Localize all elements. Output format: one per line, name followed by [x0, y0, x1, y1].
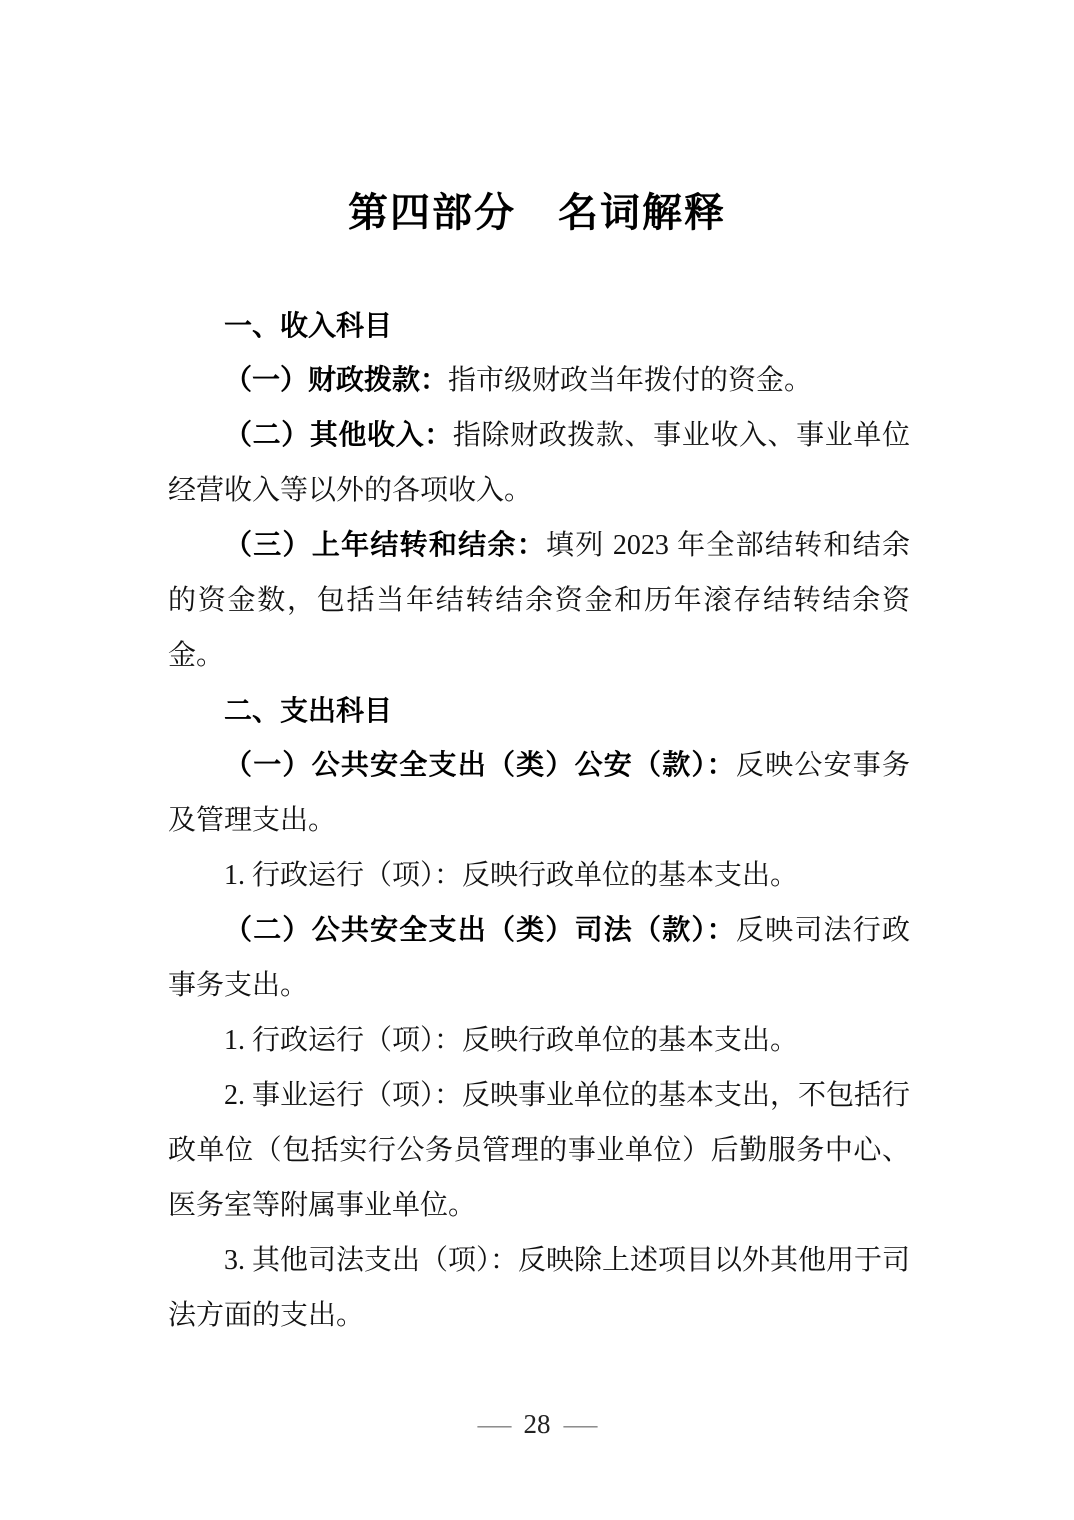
paragraph-lead: （三）上年结转和结余：	[224, 530, 546, 561]
paragraph-admin-operation-2: 1. 行政运行（项）：反映行政单位的基本支出。	[168, 1013, 910, 1068]
paragraph-lead: （二）其他收入：	[224, 420, 453, 451]
paragraph-institution-operation: 2. 事业运行（项）：反映事业单位的基本支出，不包括行政单位（包括实行公务员管理…	[168, 1068, 910, 1233]
paragraph-public-security-police: （一）公共安全支出（类）公安（款）：反映公安事务及管理支出。	[168, 738, 910, 848]
paragraph-text: 1. 行政运行（项）：反映行政单位的基本支出。	[224, 860, 798, 891]
paragraph-carryover-surplus: （三）上年结转和结余：填列 2023 年全部结转和结余的资金数，包括当年结转结余…	[168, 518, 910, 683]
page-footer: —28—	[0, 1409, 1074, 1439]
page-number: 28	[524, 1409, 551, 1439]
paragraph-text: 1. 行政运行（项）：反映行政单位的基本支出。	[224, 1025, 798, 1056]
paragraph-fiscal-appropriation: （一）财政拨款：指市级财政当年拨付的资金。	[168, 353, 910, 408]
paragraph-other-justice-expenditure: 3. 其他司法支出（项）：反映除上述项目以外其他用于司法方面的支出。	[168, 1233, 910, 1343]
footer-dash-right: —	[563, 1409, 597, 1439]
paragraph-lead: （一）公共安全支出（类）公安（款）：	[224, 750, 736, 781]
paragraph-text: 指市级财政当年拨付的资金。	[448, 365, 812, 396]
footer-dash-left: —	[477, 1409, 511, 1439]
paragraph-lead: （一）财政拨款：	[224, 365, 448, 396]
paragraph-lead: （二）公共安全支出（类）司法（款）：	[224, 915, 736, 946]
paragraph-admin-operation-1: 1. 行政运行（项）：反映行政单位的基本支出。	[168, 848, 910, 903]
paragraph-text: 2. 事业运行（项）：反映事业单位的基本支出，不包括行政单位（包括实行公务员管理…	[168, 1080, 910, 1221]
document-page: 第四部分 名词解释 一、收入科目 （一）财政拨款：指市级财政当年拨付的资金。 （…	[0, 0, 1074, 1520]
document-body: 一、收入科目 （一）财政拨款：指市级财政当年拨付的资金。 （二）其他收入：指除财…	[168, 298, 910, 1343]
paragraph-public-security-justice: （二）公共安全支出（类）司法（款）：反映司法行政事务支出。	[168, 903, 910, 1013]
section-heading-expenditure: 二、支出科目	[168, 683, 910, 738]
page-title: 第四部分 名词解释	[0, 0, 1074, 238]
paragraph-other-income: （二）其他收入：指除财政拨款、事业收入、事业单位经营收入等以外的各项收入。	[168, 408, 910, 518]
section-heading-income: 一、收入科目	[168, 298, 910, 353]
paragraph-text: 3. 其他司法支出（项）：反映除上述项目以外其他用于司法方面的支出。	[168, 1245, 910, 1331]
